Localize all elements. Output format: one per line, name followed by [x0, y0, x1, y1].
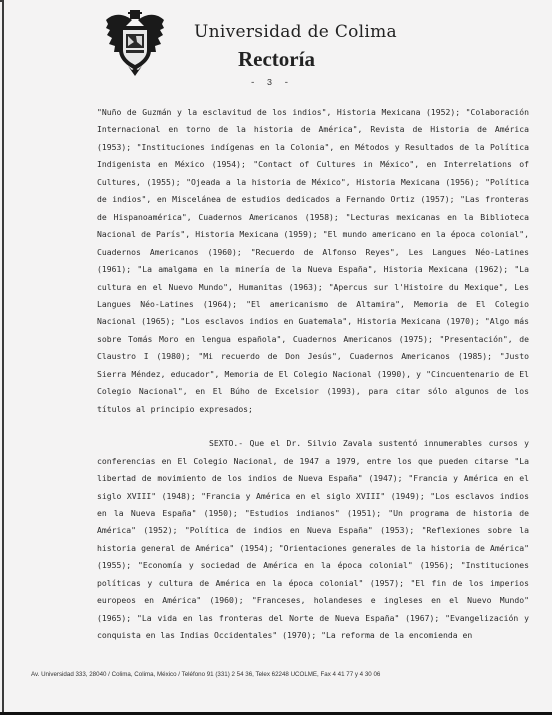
- page-number: - 3 -: [250, 78, 292, 88]
- institution-name: Universidad de Colima: [194, 22, 397, 42]
- paragraph-label: SEXTO.-: [209, 438, 243, 448]
- paragraph-publications: "Nuño de Guzmán y la esclavitud de los i…: [97, 104, 529, 418]
- university-crest-icon: [104, 8, 166, 76]
- paragraph-sexto: SEXTO.- Que el Dr. Silvio Zavala sustent…: [97, 435, 529, 644]
- document-body: "Nuño de Guzmán y la esclavitud de los i…: [97, 104, 529, 645]
- footer-address: Av. Universidad 333, 28040 / Colima, Col…: [31, 671, 531, 678]
- office-title: Rectoría: [238, 47, 315, 72]
- paragraph-text: Que el Dr. Silvio Zavala sustentó innume…: [97, 438, 529, 640]
